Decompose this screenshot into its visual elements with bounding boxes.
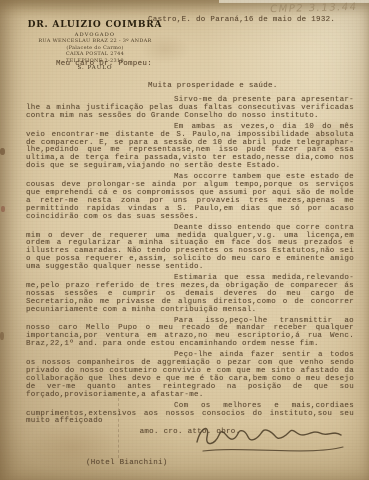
greeting: Muita prosperidade e saúde. [148,82,278,90]
paper-speck [0,148,5,155]
paragraph: Deante disso entendo que corre contra mi… [26,225,354,272]
signature-block [191,418,351,460]
paper-crease [118,398,119,458]
paragraph: Sirvo-me da presente para apresentar-lhe… [26,97,354,121]
paragraph: Em ambas as vezes,o dia 10 do mês veio e… [26,124,354,171]
paragraph: Para isso,peço-lhe transmittir ao nosso … [26,318,354,350]
paper-speck [1,206,5,212]
letterhead-name: DR. ALUIZIO COIMBRA [24,20,166,30]
paragraph: Mas occorre tambem que este estado de co… [26,174,354,221]
dateline: Castro,E. do Paraná,16 de maio de 1932. [148,16,335,24]
salutation: Meu caro Dr. Pompeu: [56,60,152,68]
paper-speck [0,332,4,340]
signature-handwriting [191,418,351,460]
letterhead-address-line: RUA WENCESLAU BRAZ 22 - 3º ANDAR [24,38,166,45]
footnote: (Hotel Bianchini) [86,459,168,467]
paragraph: Peço-lhe ainda fazer sentir a todos os n… [26,352,354,399]
letter-body: Sirvo-me da presente para apresentar-lhe… [26,97,354,440]
scanned-letter-page: CMP2 3.13.44 DR. ALUIZIO COIMBRA ADVOGAD… [0,0,369,480]
archival-stamp: CMP2 3.13.44 [269,2,358,15]
paragraph: Estimaria que essa medida,relevando-me,p… [26,275,354,315]
